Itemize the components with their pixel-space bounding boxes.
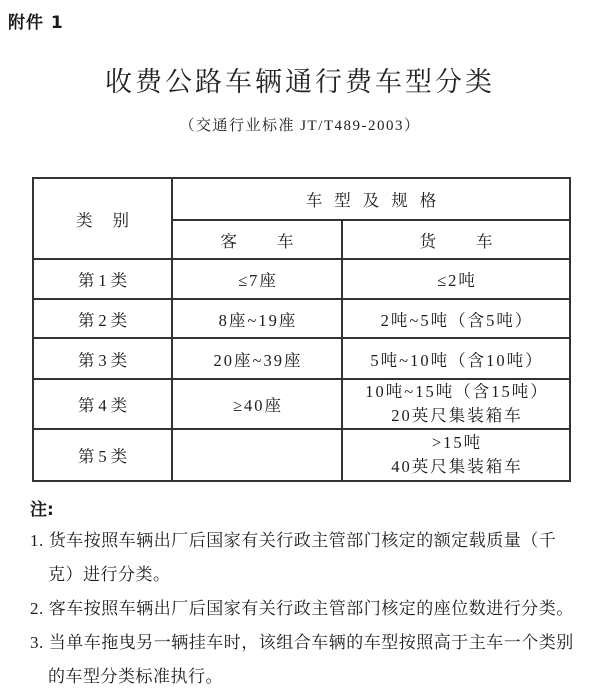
document-page: { "document": { "attachment_label": "附件 … [0,0,600,694]
table-row: 第2类 8座~19座 2吨~5吨（含5吨） [33,299,570,338]
passenger-cell: 20座~39座 [172,338,342,379]
note-number: 2. [30,599,44,618]
category-cell: 第3类 [33,338,172,379]
passenger-cell: ≥40座 [172,379,342,429]
note-item: 1.货车按照车辆出厂后国家有关行政主管部门核定的额定载质量（千克）进行分类。 [30,524,580,592]
header-spec-group: 车型及规格 [172,178,570,220]
truck-cell: 10吨~15吨（含15吨） 20英尺集装箱车 [342,379,570,429]
category-cell: 第4类 [33,379,172,429]
passenger-cell: 8座~19座 [172,299,342,338]
truck-cell: ≤2吨 [342,259,570,299]
note-number: 1. [30,531,44,550]
note-text: 货车按照车辆出厂后国家有关行政主管部门核定的额定载质量（千克）进行分类。 [48,531,556,584]
passenger-cell: ≤7座 [172,259,342,299]
category-cell: 第2类 [33,299,172,338]
truck-cell: >15吨 40英尺集装箱车 [342,429,570,481]
notes-label: 注: [30,495,580,520]
category-cell: 第1类 [33,259,172,299]
passenger-cell [172,429,342,481]
header-truck: 货车 [342,220,570,259]
truck-cell: 5吨~10吨（含10吨） [342,338,570,379]
table-row: 第5类 >15吨 40英尺集装箱车 [33,429,570,481]
category-cell: 第5类 [33,429,172,481]
table-header-row-top: 类别 车型及规格 [33,178,570,220]
table-row: 第4类 ≥40座 10吨~15吨（含15吨） 20英尺集装箱车 [33,379,570,429]
truck-cell: 2吨~5吨（含5吨） [342,299,570,338]
note-number: 3. [30,633,44,652]
classification-table: 类别 车型及规格 客车 货车 第1类 ≤7座 ≤2吨 第2类 8座~19座 2吨… [32,177,571,482]
note-text: 当单车拖曳另一辆挂车时，该组合车辆的车型按照高于主车一个类别的车型分类标准执行。 [48,633,574,686]
table-row: 第3类 20座~39座 5吨~10吨（含10吨） [33,338,570,379]
attachment-label: 附件 1 [8,8,64,33]
page-title: 收费公路车辆通行费车型分类 [0,60,600,99]
notes-section: 注: 1.货车按照车辆出厂后国家有关行政主管部门核定的额定载质量（千克）进行分类… [30,495,580,694]
header-passenger: 客车 [172,220,342,259]
note-item: 3.当单车拖曳另一辆挂车时，该组合车辆的车型按照高于主车一个类别的车型分类标准执… [30,626,580,694]
table-row: 第1类 ≤7座 ≤2吨 [33,259,570,299]
page-subtitle: （交通行业标准 JT/T489-2003） [0,114,600,135]
note-item: 2.客车按照车辆出厂后国家有关行政主管部门核定的座位数进行分类。 [30,592,580,626]
header-category: 类别 [33,178,172,259]
note-text: 客车按照车辆出厂后国家有关行政主管部门核定的座位数进行分类。 [49,599,574,618]
